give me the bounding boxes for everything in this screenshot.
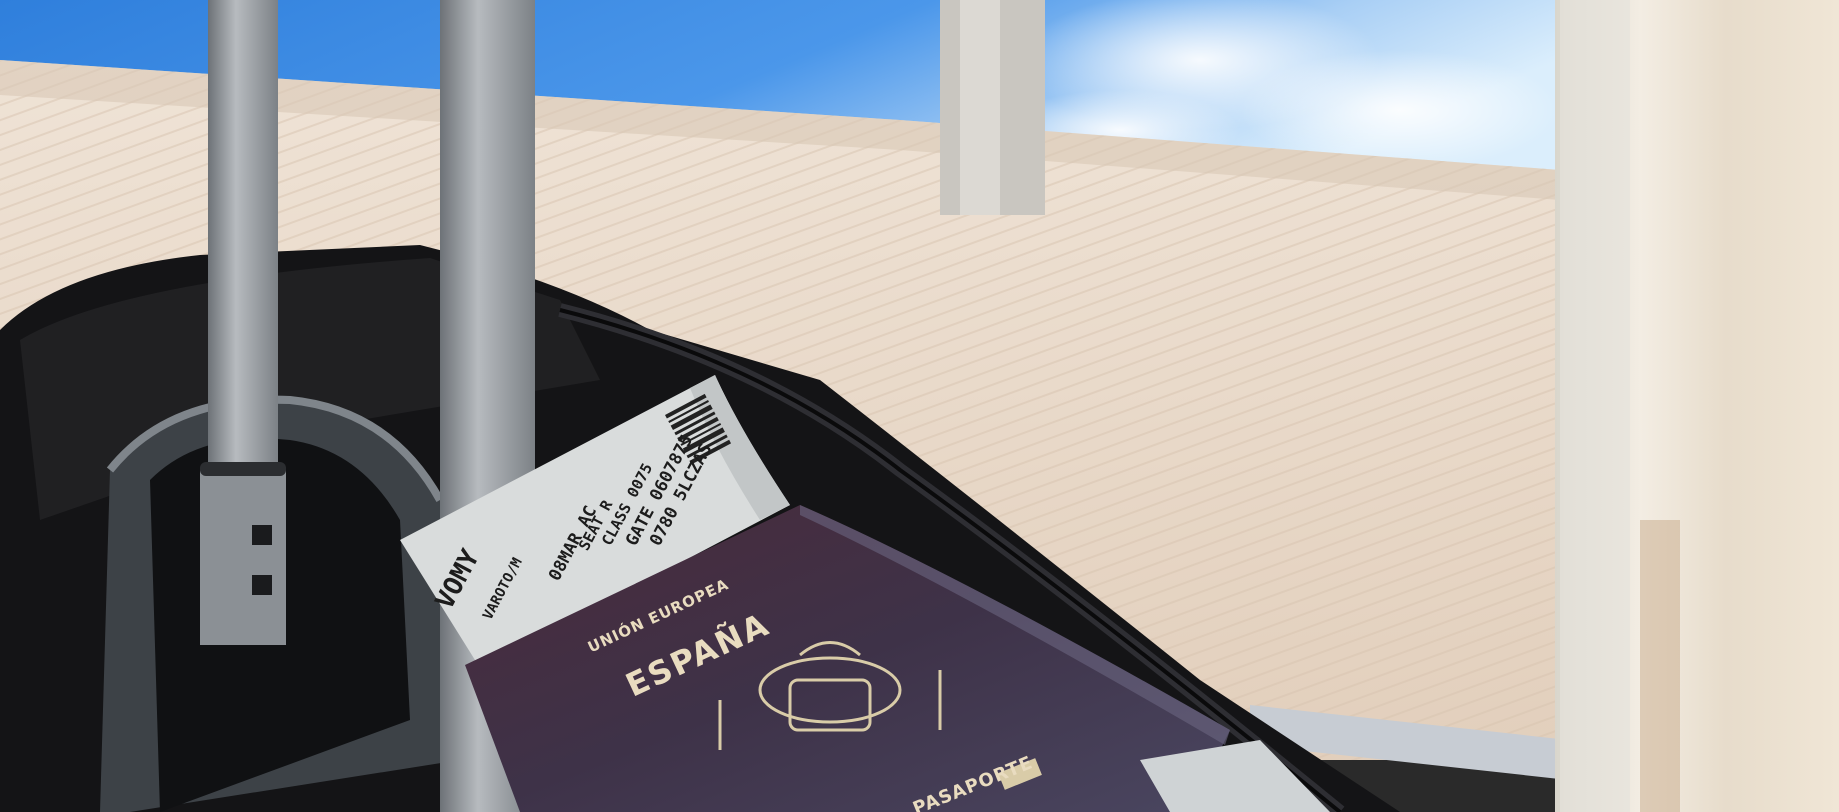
photo-scene: VOMY VAROTO/M 08MAR AC SEAT R CLASS 0075… xyxy=(0,0,1839,812)
scene-illustration xyxy=(0,0,1839,812)
